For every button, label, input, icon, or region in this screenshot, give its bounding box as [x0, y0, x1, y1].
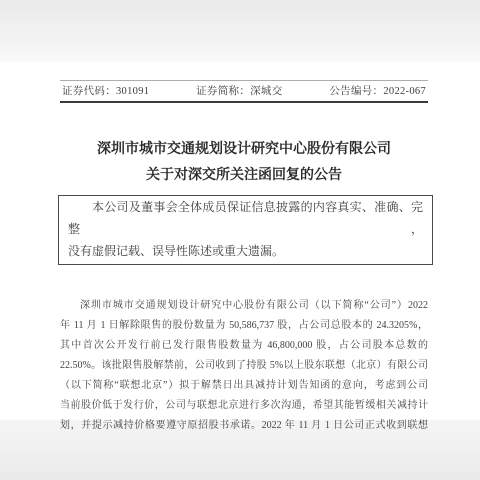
body-text-line: 年 11 月 1 日解除限售的股份数量为 50,586,737 股，占公司总股本…: [60, 316, 428, 336]
announcement-screenshot: 证券代码：301091 证券简称：深城交 公告编号：2022-067 深圳市城市…: [0, 0, 480, 480]
body-text-line: 22.50%。该批限售股解禁前，公司收到了持股 5%以上股东联想（北京）有限公司: [60, 356, 428, 376]
board-declaration-box: 本公司及董事会全体成员保证信息披露的内容真实、准确、完整， 没有虚假记载、误导性…: [58, 195, 433, 265]
announcement-page: 证券代码：301091 证券简称：深城交 公告编号：2022-067 深圳市城市…: [0, 62, 480, 420]
announcement-title-line2: 关于对深交所关注函回复的公告: [60, 161, 428, 187]
body-text-line: 当前股价低于发行价，公司与联想北京进行多次沟通，希望其能暂缓相关减持计: [60, 396, 428, 416]
declaration-line: 本公司及董事会全体成员保证信息披露的内容真实、准确、完整，: [68, 196, 423, 240]
body-text-line: 划，并提示减持价格要遵守原招股书承诺。2022 年 11 月 1 日公司正式收到…: [60, 416, 428, 436]
announcement-title: 深圳市城市交通规划设计研究中心股份有限公司 关于对深交所关注函回复的公告: [60, 135, 428, 187]
letterbox-band-top: [0, 0, 480, 62]
body-text-line: 其中首次公开发行前已发行限售股数量为 46,800,000 股，占公司股本总数的: [60, 336, 428, 356]
body-text-line: 深圳市城市交通规划设计研究中心股份有限公司（以下简称“公司”）2022: [60, 296, 428, 316]
announcement-title-line1: 深圳市城市交通规划设计研究中心股份有限公司: [60, 135, 428, 161]
securities-header-row: 证券代码：301091 证券简称：深城交 公告编号：2022-067: [60, 80, 428, 103]
body-text-line: （以下简称“联想北京”）拟于解禁日出具减持计划告知函的意向，考虑到公司: [60, 376, 428, 396]
announcement-number-text: 公告编号：2022-067: [329, 83, 426, 98]
announcement-body-paragraph: 深圳市城市交通规划设计研究中心股份有限公司（以下简称“公司”）2022 年 11…: [60, 296, 428, 436]
declaration-line: 没有虚假记载、误导性陈述或重大遗漏。: [68, 240, 423, 262]
stock-code-text: 证券代码：301091: [62, 83, 149, 98]
stock-abbr-text: 证券简称：深城交: [196, 83, 282, 98]
